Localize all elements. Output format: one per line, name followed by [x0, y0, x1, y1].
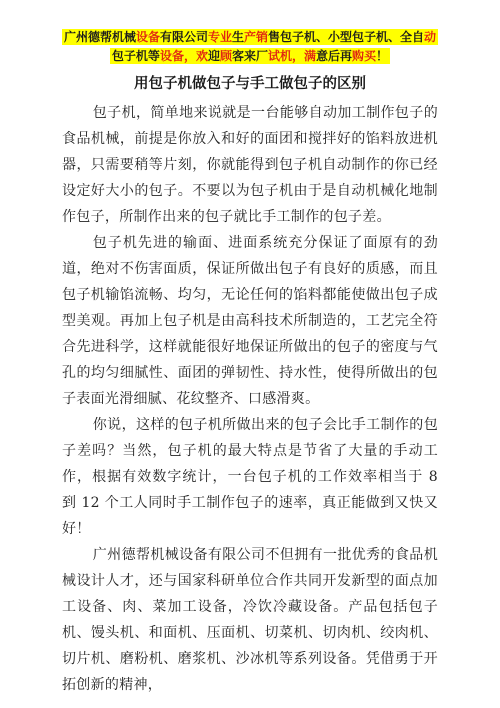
promo-segment: 广州德帮机械: [64, 30, 136, 44]
highlighted-text: 包子机等设备，欢迎顾客来厂试机，满意后再购买！: [110, 48, 390, 64]
promo-line-1: 广州德帮机械设备有限公司专业生产销售包子机、小型包子机、全自动: [0, 28, 500, 47]
promo-segment: 设备: [136, 30, 160, 44]
promo-segment: 购买: [352, 49, 376, 63]
promo-segment: 有限公司: [160, 30, 208, 44]
promo-segment: 专业: [208, 30, 232, 44]
promo-segment: 设备，欢: [160, 49, 208, 63]
promo-segment: 生: [232, 30, 244, 44]
body-paragraph-2: 包子机先进的输面、进面系统充分保证了面原有的劲道，绝对不伤害面质，保证所做出包子…: [62, 230, 438, 412]
article-title: 用包子机做包子与手工做包子的区别: [0, 73, 500, 95]
promo-line-2: 包子机等设备，欢迎顾客来厂试机，满意后再购买！: [0, 47, 500, 66]
document-page: 广州德帮机械设备有限公司专业生产销售包子机、小型包子机、全自动 包子机等设备，欢…: [0, 0, 500, 708]
highlighted-text: 广州德帮机械设备有限公司专业生产销售包子机、小型包子机、全自动: [62, 29, 438, 45]
promo-segment: 试机，满: [268, 49, 316, 63]
promo-segment: 意后再: [316, 49, 352, 63]
promo-segment: 包子机等: [112, 49, 160, 63]
body-paragraph-3: 你说，这样的包子机所做出来的包子会比手工制作的包子差吗？当然，包子机的最大特点是…: [62, 412, 438, 542]
promo-segment: ！: [376, 49, 388, 63]
promo-segment: 顾: [220, 49, 232, 63]
article-body: 包子机，简单地来说就是一台能够自动加工制作包子的食品机械，前提是你放入和好的面团…: [0, 95, 500, 698]
promo-segment: 售包子机、小型包子机、全自: [268, 30, 424, 44]
promo-segment: 产销: [244, 30, 268, 44]
body-paragraph-4: 广州德帮机械设备有限公司不但拥有一批优秀的食品机械设计人才，还与国家科研单位合作…: [62, 542, 438, 698]
promo-segment: 动: [424, 30, 436, 44]
promo-segment: 迎: [208, 49, 220, 63]
promo-segment: 客来厂: [232, 49, 268, 63]
body-paragraph-1: 包子机，简单地来说就是一台能够自动加工制作包子的食品机械，前提是你放入和好的面团…: [62, 100, 438, 230]
promo-header: 广州德帮机械设备有限公司专业生产销售包子机、小型包子机、全自动 包子机等设备，欢…: [0, 28, 500, 66]
